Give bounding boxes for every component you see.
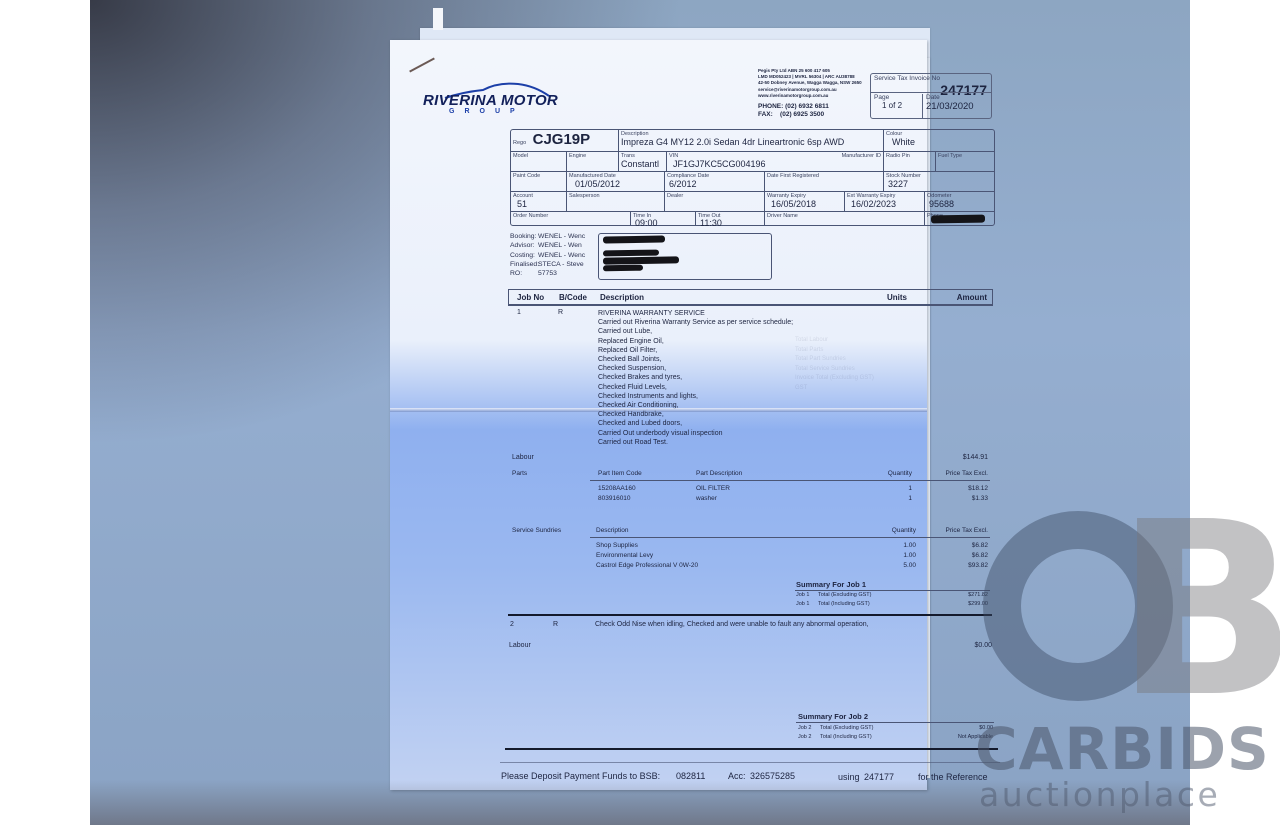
job-separator: [505, 748, 998, 750]
job2-summary-title: Summary For Job 2: [798, 712, 868, 721]
radio-pin-label: Radio Pin: [886, 153, 933, 159]
job1-line: Checked and Lubed doors,: [598, 419, 793, 428]
trans-value: Constantl: [621, 159, 664, 169]
invoice-date: 21/03/2020: [926, 101, 974, 112]
sundries-col-quantity: Quantity: [860, 527, 916, 534]
sundry-quantity: 1.00: [860, 552, 916, 559]
phone-number: (02) 6932 6811: [785, 103, 829, 110]
summary-label: Total (Excluding GST): [818, 592, 872, 598]
engine-label: Engine: [569, 153, 616, 159]
stock-number-value: 3227: [888, 179, 992, 189]
salesperson-label: Salesperson: [569, 193, 662, 199]
job1-line: Checked Handbrake,: [598, 410, 793, 419]
sundry-quantity: 5.00: [860, 562, 916, 569]
finalised-key: Finalised:: [510, 260, 538, 269]
summary-value: Not Applicable: [910, 734, 993, 740]
parts-section-label: Parts: [512, 470, 527, 477]
company-details: Pegis Pty Ltd ABN 25 600 417 605 LMD MD0…: [758, 68, 862, 118]
invoice-number-label: Service Tax Invoice No: [874, 75, 988, 82]
job2-labour-label: Labour: [509, 642, 531, 649]
jobs-table-header: Job No B/Code Description Units Amount: [508, 289, 993, 306]
vin-value: JF1GJ7KC5CG004196: [673, 159, 802, 169]
col-description: Description: [600, 293, 644, 302]
part-description: washer: [696, 495, 717, 502]
job1-line: Checked Brakes and tyres,: [598, 373, 793, 382]
parts-col-description: Part Description: [696, 470, 742, 477]
job1-bcode: R: [558, 309, 563, 316]
customer-address-box: [598, 233, 772, 280]
warranty-expiry-value: 16/05/2018: [771, 199, 842, 209]
manufacturer-id-label: Manufacturer ID: [806, 153, 881, 159]
col-units: Units: [887, 293, 907, 302]
parts-col-code: Part Item Code: [598, 470, 642, 477]
parts-col-price: Price Tax Excl.: [920, 470, 988, 477]
colour-value: White: [892, 137, 992, 147]
job2-bcode: R: [553, 621, 558, 628]
driver-name-label: Driver Name: [767, 213, 922, 219]
vehicle-details: Rego CJG19P Description Impreza G4 MY12 …: [510, 129, 995, 226]
job1-summary-title: Summary For Job 1: [796, 580, 866, 589]
document-photo: RIVERINA MOTOR GROUP Pegis Pty Ltd ABN 2…: [90, 0, 1190, 825]
date-label: Date: [926, 94, 974, 101]
sundry-price: $6.82: [920, 552, 988, 559]
job2-labour-amount: $0.00: [890, 642, 992, 649]
costing-key: Costing:: [510, 251, 538, 260]
page-number: 1 of 2: [882, 101, 922, 110]
rego-value: CJG19P: [533, 131, 591, 148]
divider: [590, 480, 990, 481]
invoice-number-box: Service Tax Invoice No 247177 Page 1 of …: [870, 73, 992, 119]
col-amount: Amount: [957, 293, 987, 302]
divider: [796, 722, 994, 723]
booking-info: Booking:WENEL - Wenc Advisor:WENEL - Wen…: [510, 232, 585, 278]
company-group-label: GROUP: [449, 108, 525, 115]
job-separator: [508, 614, 992, 616]
summary-job: Job 2: [798, 725, 811, 731]
time-out-value: 11:30: [700, 219, 762, 227]
order-number-label: Order Number: [513, 213, 628, 219]
job1-line: Carried out Riverina Warranty Service as…: [598, 318, 793, 327]
ro-value: 57753: [538, 270, 557, 277]
model-label: Model: [513, 153, 564, 159]
page-label: Page: [874, 94, 922, 101]
company-address: 42-50 Dobney Avenue, Wagga Wagga, NSW 26…: [758, 80, 862, 86]
sundry-price: $93.82: [920, 562, 988, 569]
paint-code-label: Paint Code: [513, 173, 564, 179]
vehicle-description: Impreza G4 MY12 2.0i Sedan 4dr Lineartro…: [621, 137, 881, 147]
job1-line: Checked Ball Joints,: [598, 355, 793, 364]
time-in-value: 09:00: [635, 219, 693, 227]
ext-warranty-expiry-value: 16/02/2023: [851, 199, 922, 209]
job1-line: Replaced Oil Filter,: [598, 346, 793, 355]
col-job-no: Job No: [517, 293, 544, 302]
advisor-value: WENEL - Wen: [538, 242, 582, 249]
dealer-label: Dealer: [667, 193, 762, 199]
phone-label: PHONE:: [758, 103, 783, 110]
redacted-name: [603, 235, 665, 243]
job1-labour-amount: $144.91: [870, 454, 988, 461]
redacted-phone: [931, 215, 985, 224]
account-value: 51: [517, 199, 564, 209]
company-website: www.riverinamotorgroup.com.au: [758, 93, 862, 99]
redacted-address: [603, 256, 679, 264]
odometer-value: 95688: [929, 199, 992, 209]
job1-line: Carried out Road Test.: [598, 438, 793, 447]
compliance-date-value: 6/2012: [669, 179, 762, 189]
job1-description: RIVERINA WARRANTY SERVICECarried out Riv…: [598, 309, 793, 447]
part-description: OIL FILTER: [696, 485, 730, 492]
bleed-through-text: Total LabourTotal PartsTotal Part Sundri…: [795, 336, 874, 393]
company-name: RIVERINA MOTOR: [423, 92, 558, 109]
fuel-type-label: Fuel Type: [938, 153, 992, 159]
floor-shadow: [90, 780, 1190, 825]
redacted-address: [603, 250, 659, 257]
costing-value: WENEL - Wenc: [538, 252, 585, 259]
parts-col-quantity: Quantity: [860, 470, 912, 477]
job1-line: Checked Fluid Levels,: [598, 383, 793, 392]
ro-key: RO:: [510, 269, 538, 278]
invoice-sheet: RIVERINA MOTOR GROUP Pegis Pty Ltd ABN 2…: [390, 40, 927, 790]
fax-number: (02) 6925 3500: [780, 111, 824, 118]
summary-label: Total (Excluding GST): [820, 725, 874, 731]
summary-job: Job 1: [796, 592, 809, 598]
redacted-address: [603, 265, 643, 272]
sundry-price: $6.82: [920, 542, 988, 549]
part-price: $18.12: [920, 485, 988, 492]
job2-number: 2: [510, 621, 514, 628]
sundry-description: Shop Supplies: [596, 542, 638, 549]
part-quantity: 1: [860, 485, 912, 492]
footer-divider: [500, 762, 1000, 763]
part-code: 803916010: [598, 495, 631, 502]
finalised-value: STECA - Steve: [538, 261, 584, 268]
summary-value: $271.82: [910, 592, 988, 598]
date-first-registered-label: Date First Registered: [767, 173, 881, 179]
sundries-section-label: Service Sundries: [512, 527, 561, 534]
job1-line: Carried out Lube,: [598, 327, 793, 336]
job1-number: 1: [517, 309, 521, 316]
summary-job: Job 2: [798, 734, 811, 740]
part-quantity: 1: [860, 495, 912, 502]
job1-line: Checked Instruments and lights,: [598, 392, 793, 401]
rego-label: Rego: [513, 140, 526, 146]
job1-line: Carried Out underbody visual inspection: [598, 429, 793, 438]
summary-job: Job 1: [796, 601, 809, 607]
job1-line: RIVERINA WARRANTY SERVICE: [598, 309, 793, 318]
manufactured-date-value: 01/05/2012: [575, 179, 662, 189]
job1-labour-label: Labour: [512, 454, 534, 461]
summary-value: $0.00: [910, 725, 993, 731]
divider: [795, 590, 990, 591]
sundries-col-price: Price Tax Excl.: [920, 527, 988, 534]
job2-description: Check Odd Nise when idling, Checked and …: [595, 621, 869, 628]
summary-label: Total (Including GST): [818, 601, 870, 607]
sundry-description: Environmental Levy: [596, 552, 653, 559]
summary-value: $299.00: [910, 601, 988, 607]
sundry-description: Castrol Edge Professional V 0W-20: [596, 562, 698, 569]
divider: [590, 537, 990, 538]
part-price: $1.33: [920, 495, 988, 502]
job1-line: Replaced Engine Oil,: [598, 337, 793, 346]
col-b-code: B/Code: [559, 293, 587, 302]
job1-line: Checked Air Conditioning,: [598, 401, 793, 410]
job1-line: Checked Suspension,: [598, 364, 793, 373]
sundry-quantity: 1.00: [860, 542, 916, 549]
paper-tab: [433, 8, 443, 30]
summary-label: Total (Including GST): [820, 734, 872, 740]
fax-label: FAX:: [758, 111, 773, 118]
staple: [409, 58, 435, 73]
booking-value: WENEL - Wenc: [538, 233, 585, 240]
advisor-key: Advisor:: [510, 241, 538, 250]
booking-key: Booking:: [510, 232, 538, 241]
part-code: 15208AA160: [598, 485, 636, 492]
sundries-col-description: Description: [596, 527, 629, 534]
